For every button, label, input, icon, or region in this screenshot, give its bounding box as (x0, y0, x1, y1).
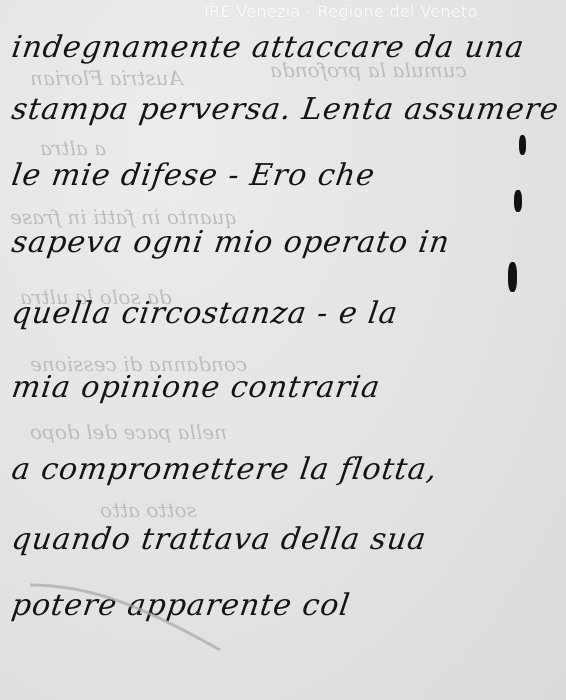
pencil-stroke (0, 0, 566, 700)
manuscript-page: IRE Venezia - Regione del Veneto Austria… (0, 0, 566, 700)
